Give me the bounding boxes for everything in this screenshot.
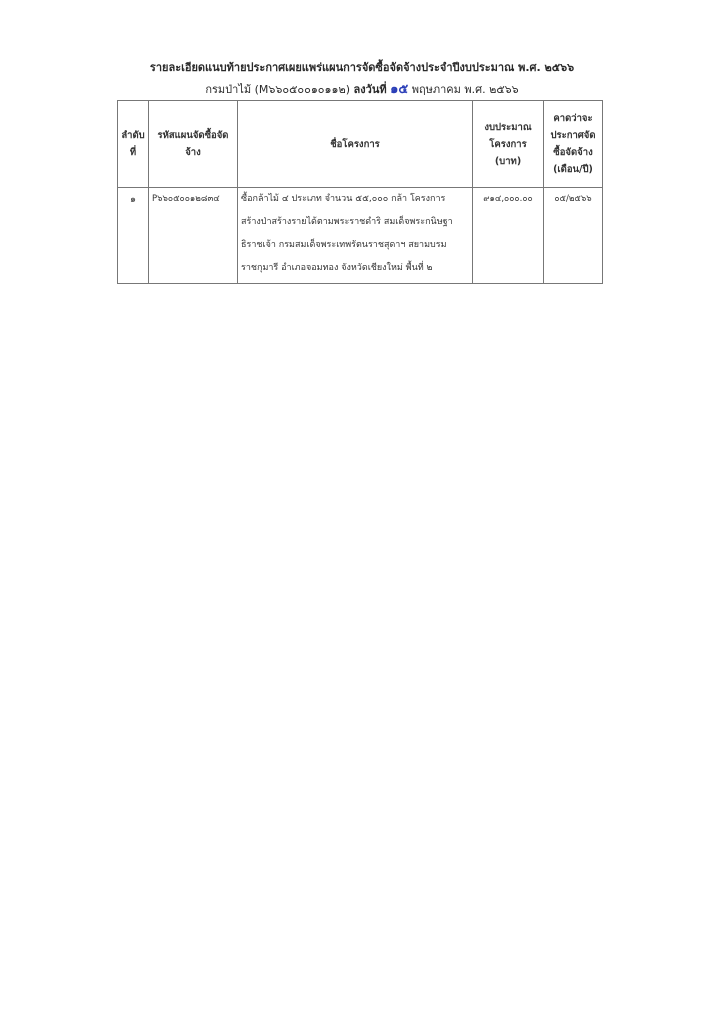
cell-budget: ๙๑๔,๐๐๐.๐๐ [473, 188, 544, 284]
col-header-expected-date: คาดว่าจะประกาศจัดซื้อจัดจ้าง (เดือน/ปี) [544, 101, 603, 188]
date-prefix: ลงวันที่ [354, 83, 387, 96]
document-subtitle: กรมป่าไม้ (M๖๖๐๕๐๐๑๐๑๑๒) ลงวันที่ ๑๕ พฤษ… [0, 78, 724, 99]
project-line: สร้างป่าสร้างรายได้ตามพระราชดำริ สมเด็จพ… [241, 211, 469, 234]
cell-expected-date: ๐๕/๒๕๖๖ [544, 188, 603, 284]
table-header-row: ลำดับที่ รหัสแผนจัดซื้อจัดจ้าง ชื่อโครงก… [118, 101, 603, 188]
col-header-budget: งบประมาณโครงการ (บาท) [473, 101, 544, 188]
project-line: ธิราชเจ้า กรมสมเด็จพระเทพรัตนราชสุดาฯ สย… [241, 234, 469, 257]
col-header-project-name: ชื่อโครงการ [238, 101, 473, 188]
handwritten-day: ๑๕ [390, 82, 408, 97]
table-row: ๑ P๖๖๐๕๐๐๑๒๘๓๔ ซื้อกล้าไม้ ๔ ประเภท จำนว… [118, 188, 603, 284]
procurement-table: ลำดับที่ รหัสแผนจัดซื้อจัดจ้าง ชื่อโครงก… [117, 100, 603, 284]
project-line: ราชกุมารี อำเภอจอมทอง จังหวัดเชียงใหม่ พ… [241, 257, 469, 280]
cell-no: ๑ [118, 188, 149, 284]
date-suffix: พฤษภาคม พ.ศ. ๒๕๖๖ [412, 83, 519, 96]
col-header-plan-code: รหัสแผนจัดซื้อจัดจ้าง [149, 101, 238, 188]
agency-code: กรมป่าไม้ (M๖๖๐๕๐๐๑๐๑๑๒) [205, 83, 350, 96]
cell-plan-code: P๖๖๐๕๐๐๑๒๘๓๔ [149, 188, 238, 284]
document-title: รายละเอียดแนบท้ายประกาศเผยแพร่แผนการจัดซ… [0, 58, 724, 76]
col-header-no: ลำดับที่ [118, 101, 149, 188]
project-line: ซื้อกล้าไม้ ๔ ประเภท จำนวน ๕๕,๐๐๐ กล้า โ… [241, 188, 469, 211]
cell-project-name: ซื้อกล้าไม้ ๔ ประเภท จำนวน ๕๕,๐๐๐ กล้า โ… [238, 188, 473, 284]
